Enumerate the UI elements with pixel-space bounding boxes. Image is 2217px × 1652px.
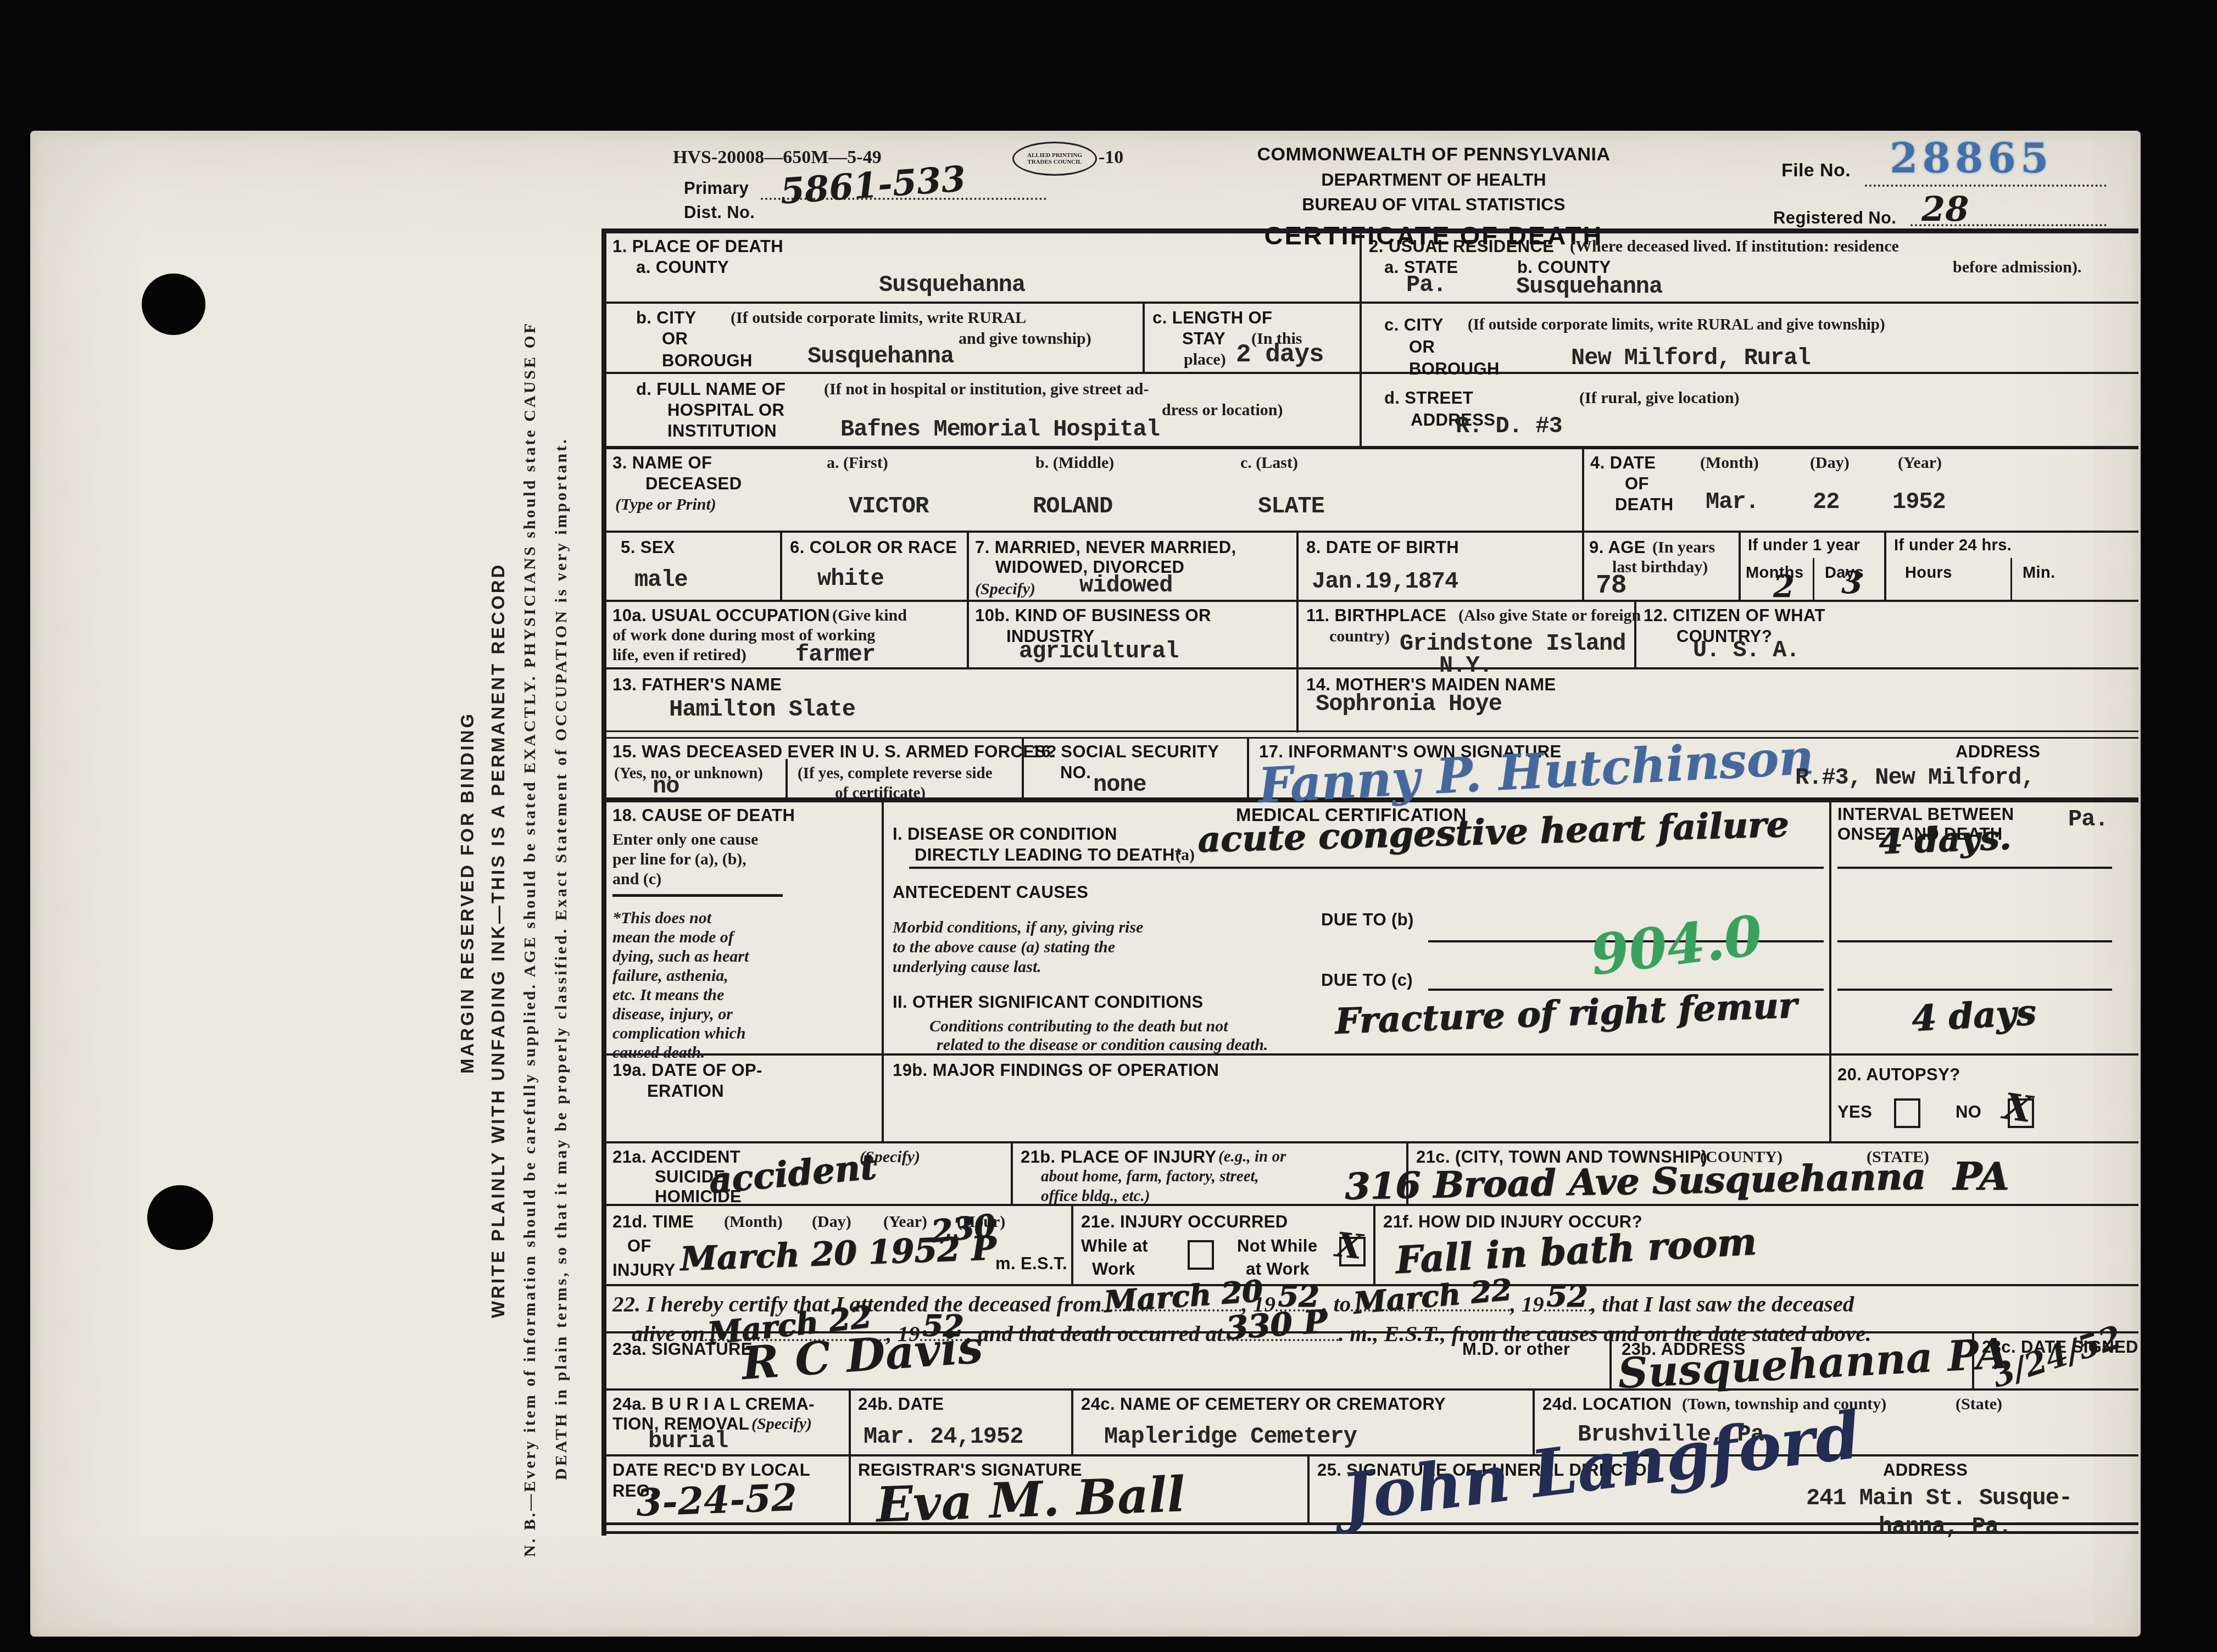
agency-header: COMMONWEALTH OF PENNSYLVANIA DEPARTMENT … [1143,144,1725,250]
s21d-l3: INJURY [612,1261,676,1279]
s3-middle-value: ROLAND [1033,493,1112,520]
funeral-director-address-2: hanna, Pa. [1879,1514,2012,1540]
s3-middle-label: b. (Middle) [1035,454,1114,472]
s3-l2: DECEASED [645,475,742,493]
s3-l3: (Type or Print) [615,495,716,514]
s6-value: white [817,566,884,592]
s18-star3: dying, such as heart [612,947,749,966]
s20-label: 20. AUTOPSY? [1837,1065,1960,1084]
union-label-suffix: -10 [1099,147,1123,168]
s2c-label: c. CITY [1384,316,1444,334]
s15-note1: (Yes, no, or unknown) [614,764,763,783]
s4-month-label: (Month) [1700,454,1759,472]
s21d-hour-value: 230 [929,1207,997,1250]
s17-address1: R.#3, New Milford, [1795,764,2035,791]
punch-hole-top [142,274,205,335]
s9-min-label: Min. [2023,565,2056,582]
s24c-value: Mapleridge Cemetery [1104,1424,1357,1450]
s18-note3: and (c) [612,870,661,889]
file-no-label: File No. [1781,160,1851,181]
s2d-value: R. D. #3 [1456,413,1562,439]
s16-l1: 16. SOCIAL SECURITY [1032,743,1219,761]
s1-title: 1. PLACE OF DEATH [612,237,783,255]
s18-i-a: (a) [1176,846,1195,864]
s9-hours-label: Hours [1905,565,1952,582]
s21d-day-label: (Day) [812,1213,851,1231]
s12-l1: 12. CITIZEN OF WHAT [1644,606,1825,624]
s21e-w2: Work [1092,1260,1135,1278]
s3-first-label: a. (First) [827,454,888,472]
s21e-w1: While at [1081,1237,1148,1255]
s20-no-label: NO [1956,1103,1981,1121]
s3-first-value: VICTOR [849,493,928,520]
s18-note2: per line for (a), (b), [612,850,747,869]
s24d-label: 24d. LOCATION [1542,1395,1672,1413]
s1d-note2: dress or location) [1162,401,1283,420]
s2c-borough: BOROUGH [1409,360,1500,378]
s4-year-label: (Year) [1898,454,1942,472]
s19a-l1: 19a. DATE OF OP- [612,1061,762,1079]
s7-l1: 7. MARRIED, NEVER MARRIED, [975,538,1236,556]
s2-note2: before admission). [1953,258,2081,277]
s18-ii-note1: Conditions contributing to the death but… [929,1017,1228,1036]
certify-blank-time: 330 P [1223,1317,1339,1341]
s18-antecedent: ANTECEDENT CAUSES [893,883,1088,901]
s24c-label: 24c. NAME OF CEMETERY OR CREMATORY [1081,1395,1446,1413]
s17-address-label: ADDRESS [1956,743,2040,761]
s21d-l2: OF [627,1237,651,1255]
s21b-note3: office bldg., etc.) [1041,1187,1150,1205]
s1c-value: 2 days [1236,341,1324,369]
s16-value: none [1093,772,1146,798]
file-no-value: 28865 [1890,135,2053,182]
s7-value: widowed [1079,572,1172,599]
s1a-value: Susquehanna [879,272,1025,298]
s18-i-l1: I. DISEASE OR CONDITION [893,825,1117,843]
s18-morbid1: Morbid conditions, if any, giving rise [893,918,1143,937]
department-line: DEPARTMENT OF HEALTH [1143,170,1725,190]
s1b-value: Susquehanna [807,343,954,370]
s2c-note: (If outside corporate limits, write RURA… [1468,316,1885,334]
s1b-borough: BOROUGH [662,351,753,370]
interval-a-value: 4 days. [1878,817,2012,862]
s21b-note2: about home, farm, factory, street, [1041,1168,1259,1186]
s18-note1: Enter only one cause [612,830,758,849]
certify-p5: , that I last saw the deceased [1591,1291,1854,1317]
s24d-note2: (State) [1956,1395,2002,1414]
margin-note-nb-1: N. B.—Every item of information should b… [521,321,539,1557]
s21e-n1: Not While [1237,1237,1318,1255]
recd-date-value: 3-24-52 [636,1476,798,1525]
s12-value: U. S. A. [1693,637,1800,663]
s24a-value: burial [648,1428,728,1454]
s1d-value: Bafnes Memorial Hospital [840,416,1160,443]
injury-while-at-work-checkbox [1188,1240,1214,1270]
s23a-label: 23a. SIGNATURE [612,1340,753,1358]
s10a-note3: life, even if retired) [612,646,747,665]
s1b-label: b. CITY [636,309,697,327]
s2b-value: Susquehanna [1516,274,1662,300]
certify-time-value: 330 P [1224,1303,1328,1347]
injury-not-while-mark: X [1334,1225,1364,1268]
punch-hole-bottom [147,1185,213,1250]
s24b-value: Mar. 24,1952 [864,1424,1023,1450]
s18-star2: mean the mode of [612,928,734,947]
s14-value: Sophronia Hoye [1316,691,1502,717]
s18-star8: caused death. [612,1043,705,1062]
s1c-note2: place) [1184,350,1226,369]
s3-l1: 3. NAME OF [612,454,712,472]
s9-under24-label: If under 24 hrs. [1894,537,2012,554]
primary-label: Primary [684,179,749,197]
s18-label: 18. CAUSE OF DEATH [612,806,795,824]
s11-label: 11. BIRTHPLACE [1306,606,1446,624]
s2c-or: OR [1409,338,1435,356]
s2d-label1: d. STREET [1384,389,1473,407]
s7-l3: (Specify) [975,580,1035,599]
s1d-label3: INSTITUTION [667,422,777,440]
s15-label: 15. WAS DECEASED EVER IN U. S. ARMED FOR… [612,743,1057,761]
autopsy-no-mark: X [2001,1085,2035,1131]
s4-year-value: 1952 [1892,489,1946,515]
s1d-label2: HOSPITAL OR [667,401,784,419]
registered-no-label: Registered No. [1773,209,1896,227]
s1c-label1: c. LENGTH OF [1152,309,1272,327]
death-certificate-scan: MARGIN RESERVED FOR BINDING WRITE PLAINL… [0,0,2217,1652]
s9-label: 9. AGE [1589,538,1646,556]
s4-month-value: Mar. [1706,489,1759,515]
s9-value: 78 [1596,571,1626,601]
s3-last-label: c. (Last) [1240,454,1298,472]
s18-i-l2: DIRECTLY LEADING TO DEATH* [915,846,1182,864]
certify-p4: , 19 [1510,1291,1544,1317]
registered-no-value: 28 [1921,189,1969,229]
union-stamp-line1: ALLIED PRINTING [1027,152,1082,159]
s20-yes-label: YES [1837,1103,1872,1121]
s18-star1: *This does not [612,909,711,928]
interval-ii-value: 4 days [1910,992,2037,1040]
s2d-note: (If rural, give location) [1579,389,1740,408]
s15-note3: of certificate) [835,784,926,802]
s19a-l2: ERATION [647,1082,724,1100]
s6-label: 6. COLOR OR RACE [790,538,957,556]
s1d-note1: (If not in hospital or institution, give… [824,380,1149,399]
s24a-l1: 24a. B U R I A L CREMA- [612,1395,815,1413]
s13-label: 13. FATHER'S NAME [612,676,782,694]
margin-note-binding: MARGIN RESERVED FOR BINDING [457,712,478,1074]
union-stamp-line2: TRADES COUNCIL [1027,159,1082,165]
s1c-label2: STAY [1182,330,1226,348]
s1d-label1: d. FULL NAME OF [636,380,786,398]
s21b-l1: 21b. PLACE OF INJURY [1021,1148,1217,1166]
s16-l2: NO. [1060,763,1091,782]
s4-day-value: 22 [1813,489,1839,515]
certify-blank-to: March 22 [1351,1287,1510,1311]
s11-value1: Grindstone Island [1400,630,1625,657]
s2a-value: Pa. [1406,272,1446,298]
s15-note2: (If yes, complete reverse side [798,764,993,783]
s2-note1: (Where deceased lived. If institution: r… [1570,237,1899,256]
s1a-label: a. COUNTY [636,258,729,276]
s15-value: no [653,773,679,800]
s8-label: 8. DATE OF BIRTH [1306,538,1459,556]
s21e-label: 21e. INJURY OCCURRED [1081,1213,1288,1231]
s19b-label: 19b. MAJOR FINDINGS OF OPERATION [893,1061,1219,1079]
s21b-note1: (e.g., in or [1218,1148,1286,1166]
s3-last-value: SLATE [1258,493,1324,520]
s18-star7: complication which [612,1024,746,1043]
s24a-specify: (Specify) [751,1415,812,1433]
s10a-note1: (Give kind [832,606,907,625]
s4-l1: 4. DATE [1590,454,1656,472]
s5-label: 5. SEX [621,538,675,556]
s2-title: 2. USUAL RESIDENCE [1369,237,1554,255]
s9-months-value: 2 [1773,568,1795,605]
s11-note2: country) [1329,627,1390,646]
s9-note1: (In years [1652,538,1715,557]
s17-address2: Pa. [2068,806,2108,833]
s1b-note2: and give township) [959,330,1091,348]
funeral-director-address-label: ADDRESS [1883,1461,1968,1479]
s9-days-value: 3 [1841,565,1863,601]
union-label-stamp: ALLIED PRINTING TRADES COUNCIL [1012,142,1097,176]
funeral-director-address-1: 241 Main St. Susque- [1806,1485,2072,1511]
s18-ii-note2: related to the disease or condition caus… [937,1036,1268,1054]
s8-value: Jan.19,1874 [1312,568,1458,595]
s23a-md-label: M.D. or other [1462,1340,1570,1358]
s13-value: Hamilton Slate [669,696,855,723]
s2c-value: New Milford, Rural [1571,345,1811,371]
autopsy-yes-checkbox [1894,1098,1920,1128]
bureau-line: BUREAU OF VITAL STATISTICS [1143,194,1725,215]
certify-blank-y2: 52 [1544,1287,1591,1311]
s18-due-b: DUE TO (b) [1321,911,1414,929]
s21d-month-label: (Month) [724,1213,783,1231]
s24b-label: 24b. DATE [858,1395,944,1413]
s18-morbid3: underlying cause last. [893,958,1041,976]
s9-under1-label: If under 1 year [1748,537,1860,554]
s18-ii-l1: II. OTHER SIGNIFICANT CONDITIONS [893,993,1204,1011]
s18-star4: failure, asthenia, [612,967,728,985]
s10a-value: farmer [795,641,875,668]
s21d-l1: 21d. TIME [612,1213,694,1231]
s1b-or: OR [662,330,688,348]
s9-note2: last birthday) [1612,558,1708,577]
s18-morbid2: to the above cause (a) stating the [893,938,1115,957]
margin-note-nb-2: DEATH in plain terms, so that it may be … [552,437,571,1480]
form-number: HVS-20008—650M—5-49 [673,147,882,168]
certify-blank-from: March 20 [1101,1287,1241,1311]
s4-l2: OF [1625,475,1649,493]
s18-due-c: DUE TO (c) [1321,971,1413,989]
s21c-state-value: PA [1953,1153,2009,1199]
s21d-est: m. E.S.T. [995,1254,1067,1273]
s4-l3: DEATH [1615,495,1673,514]
s11-note1: (Also give State or foreign [1458,606,1641,625]
s10b-value: agricultural [1019,638,1178,665]
s10b-l1: 10b. KIND OF BUSINESS OR [975,606,1211,624]
s5-value: male [634,567,688,593]
s18-star6: disease, injury, or [612,1005,733,1024]
s4-day-label: (Day) [1810,454,1850,472]
certify-y2-value: 52 [1546,1279,1587,1314]
file-no-rule [1865,185,2107,187]
s1b-note1: (If outside corporate limits, write RURA… [731,309,1026,327]
margin-note-ink: WRITE PLAINLY WITH UNFADING INK—THIS IS … [488,563,509,1318]
certify-p8: , and that death occurred at [967,1320,1223,1347]
s10a-label: 10a. USUAL OCCUPATION [612,606,830,624]
s18-star5: etc. It means the [612,986,724,1004]
registrar-signature: Eva M. Ball [875,1465,1186,1533]
s21d-year-label: (Year) [883,1213,927,1231]
dist-no-label: Dist. No. [684,203,755,221]
commonwealth-line: COMMONWEALTH OF PENNSYLVANIA [1143,144,1725,165]
